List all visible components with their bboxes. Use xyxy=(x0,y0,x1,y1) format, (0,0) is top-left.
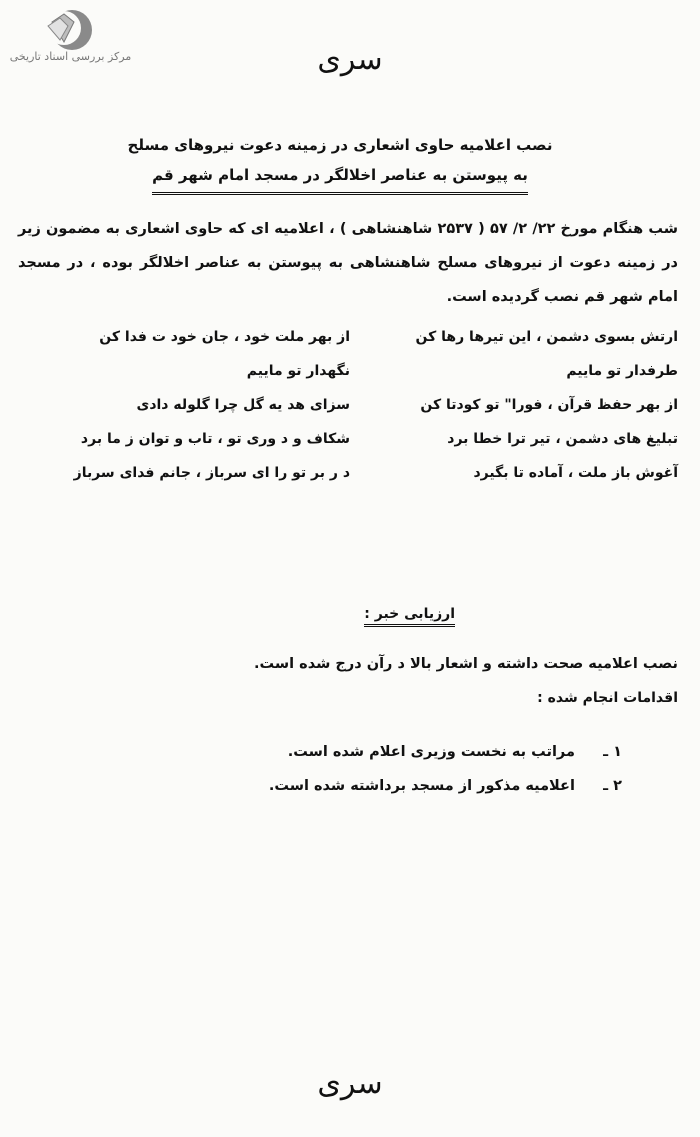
action-item: ۱ ـ مراتب به نخست وزیری اعلام شده است. xyxy=(288,744,622,760)
document-title: نصب اعلامیه حاوی اشعاری در زمینه دعوت نی… xyxy=(120,130,560,195)
title-line-1: نصب اعلامیه حاوی اشعاری در زمینه دعوت نی… xyxy=(120,130,560,160)
poem-row: تبلیغ های دشمن ، تیر ترا خطا برد شکاف و … xyxy=(22,422,678,456)
poem-verse-right: طرفدار تو ماییم xyxy=(350,354,678,388)
poem-verse-right: ارتش بسوی دشمن ، این تیرها رها کن xyxy=(350,320,678,354)
poem-verse-left: از بهر ملت خود ، جان خود ت فدا کن xyxy=(22,320,350,354)
actions-heading: اقدامات انجام شده : xyxy=(537,690,678,706)
assessment-text: نصب اعلامیه صحت داشته و اشعار بالا د رآن… xyxy=(78,656,678,672)
title-line-2: به پیوستن به عناصر اخلالگر در مسجد امام … xyxy=(152,160,528,195)
poem-verse-right: آغوش باز ملت ، آماده تا بگیرد xyxy=(350,456,678,490)
poem-row: ارتش بسوی دشمن ، این تیرها رها کن از بهر… xyxy=(22,320,678,354)
poem-row: آغوش باز ملت ، آماده تا بگیرد د ر بر تو … xyxy=(22,456,678,490)
action-number: ۱ ـ xyxy=(580,744,622,760)
poem-verse-left: شکاف و د وری تو ، تاب و توان ز ما برد xyxy=(22,422,350,456)
poem-verse-right: از بهر حفظ قرآن ، فورا" تو کودتا کن xyxy=(350,388,678,422)
classification-top: سری xyxy=(0,42,700,77)
poem-verse-left: د ر بر تو را ای سرباز ، جانم فدای سرباز xyxy=(22,456,350,490)
poem-verse-left: سزای هد یه گل چرا گلوله دادی xyxy=(22,388,350,422)
poem-row: طرفدار تو ماییم نگهدار تو ماییم xyxy=(22,354,678,388)
action-number: ۲ ـ xyxy=(580,778,622,794)
action-text: اعلامیه مذکور از مسجد برداشته شده است. xyxy=(269,778,575,794)
action-text: مراتب به نخست وزیری اعلام شده است. xyxy=(288,744,575,760)
poem-verse-left: نگهدار تو ماییم xyxy=(22,354,350,388)
classification-bottom: سری xyxy=(0,1066,700,1101)
poem-block: ارتش بسوی دشمن ، این تیرها رها کن از بهر… xyxy=(22,320,678,490)
action-item: ۲ ـ اعلامیه مذکور از مسجد برداشته شده اس… xyxy=(269,778,622,794)
body-paragraph: شب هنگام مورخ ۲۲/ ۲/ ۵۷ ( ۲۵۳۷ شاهنشاهی … xyxy=(18,212,678,314)
assessment-heading: ارزیابی خبر : xyxy=(364,606,455,627)
poem-row: از بهر حفظ قرآن ، فورا" تو کودتا کن سزای… xyxy=(22,388,678,422)
poem-verse-right: تبلیغ های دشمن ، تیر ترا خطا برد xyxy=(350,422,678,456)
